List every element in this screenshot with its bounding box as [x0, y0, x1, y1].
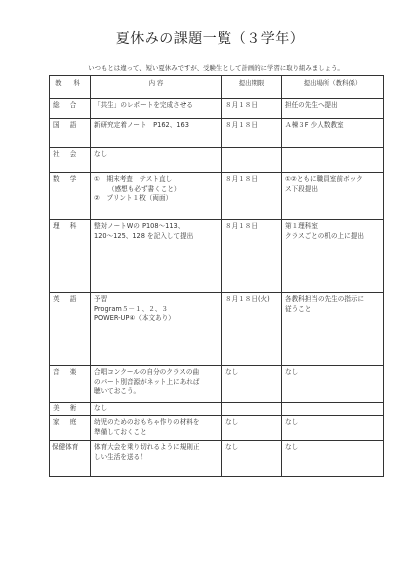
content-cell: 体育大会を乗り切れるように規則正 しい生活を送る！	[91, 441, 222, 477]
deadline-cell: ８月１８日(火)	[222, 293, 282, 366]
deadline-cell: ８月１８日	[222, 173, 282, 220]
table-row: 国 語 新研究定着ノート P162、163 ８月１８日 Ａ棟３F 少人数教室	[50, 119, 384, 148]
content-cell: 整対ノートWの P108～113、 120～125、128 を記入して提出	[91, 220, 222, 293]
subject-cell: 保健体育	[50, 441, 91, 477]
location-line: なし	[285, 443, 380, 453]
content-line: 準備しておくこと	[94, 428, 218, 438]
document-title: 夏休みの課題一覧（３学年）	[0, 28, 420, 48]
content-line: （感想も必ず書くこと）	[94, 185, 218, 195]
content-cell: 予習 Program５－１、２、３ POWER-UP④（本文あり）	[91, 293, 222, 366]
table-row: 数 学 ① 期末考査 テスト直し （感想も必ず書くこと） ② プリント１枚（両面…	[50, 173, 384, 220]
content-line: ② プリント１枚（両面）	[94, 194, 218, 204]
location-cell: 各教科担当の先生の指示に 従うこと	[282, 293, 384, 366]
location-cell: 担任の先生へ提出	[282, 99, 384, 119]
location-cell: ①②ともに職員室前ボック ス下段提出	[282, 173, 384, 220]
table-row: 美 術 なし	[50, 403, 384, 416]
content-cell: ① 期末考査 テスト直し （感想も必ず書くこと） ② プリント１枚（両面）	[91, 173, 222, 220]
content-line: なし	[94, 150, 218, 160]
content-line: 予習	[94, 295, 218, 305]
location-cell: なし	[282, 441, 384, 477]
location-line: 各教科担当の先生の指示に	[285, 295, 380, 305]
location-line: 担任の先生へ提出	[285, 101, 380, 111]
content-line: Program５－１、２、３	[94, 305, 218, 315]
location-line: なし	[285, 418, 380, 428]
subject-cell: 総 合	[50, 99, 91, 119]
document-page: 夏休みの課題一覧（３学年） いつもとは違って、短い夏休みですが、受験生として計画…	[0, 0, 420, 562]
content-cell: 幼児のためのおもちゃ作りの材料を 準備しておくこと	[91, 416, 222, 441]
content-line: ① 期末考査 テスト直し	[94, 175, 218, 185]
content-cell: なし	[91, 148, 222, 173]
content-line: 体育大会を乗り切れるように規則正	[94, 443, 218, 453]
location-cell: 第１理科室 クラスごとの机の上に提出	[282, 220, 384, 293]
subject-cell: 理 科	[50, 220, 91, 293]
location-line: 従うこと	[285, 305, 380, 315]
content-line: 聴いておこう。	[94, 387, 218, 397]
content-cell: 合唱コンクールの自分のクラスの曲 のパート別音源がネット上にあれば 聴いておこう…	[91, 366, 222, 403]
content-line: 整対ノートWの P108～113、	[94, 222, 218, 232]
location-cell: なし	[282, 416, 384, 441]
content-line: 120～125、128 を記入して提出	[94, 232, 218, 242]
subject-cell: 国 語	[50, 119, 91, 148]
header-deadline: 提出期限	[222, 76, 282, 99]
content-line: 幼児のためのおもちゃ作りの材料を	[94, 418, 218, 428]
deadline-cell: ８月１８日	[222, 99, 282, 119]
deadline-cell: ８月１８日	[222, 220, 282, 293]
table-row: 理 科 整対ノートWの P108～113、 120～125、128 を記入して提…	[50, 220, 384, 293]
table-header-row: 教 科 内 容 提出期限 提出場所（教科係）	[50, 76, 384, 99]
header-subject: 教 科	[50, 76, 91, 99]
deadline-cell: なし	[222, 416, 282, 441]
location-cell: Ａ棟３F 少人数教室	[282, 119, 384, 148]
subject-cell: 英 語	[50, 293, 91, 366]
location-line: ス下段提出	[285, 185, 380, 195]
content-line: なし	[94, 404, 218, 414]
location-line: 第１理科室	[285, 222, 380, 232]
location-line: Ａ棟３F 少人数教室	[285, 121, 380, 131]
subject-cell: 家 庭	[50, 416, 91, 441]
content-line: 新研究定着ノート P162、163	[94, 121, 218, 131]
deadline-cell: なし	[222, 366, 282, 403]
subject-cell: 社 会	[50, 148, 91, 173]
content-line: 合唱コンクールの自分のクラスの曲	[94, 368, 218, 378]
table-row: 保健体育 体育大会を乗り切れるように規則正 しい生活を送る！ なし なし	[50, 441, 384, 477]
table-row: 社 会 なし	[50, 148, 384, 173]
content-line: のパート別音源がネット上にあれば	[94, 378, 218, 388]
header-content: 内 容	[91, 76, 222, 99]
intro-text: いつもとは違って、短い夏休みですが、受験生として計画的に学習に取り組みましょう。	[49, 63, 383, 72]
assignment-table: 教 科 内 容 提出期限 提出場所（教科係） 総 合 「共生」のレポートを完成さ…	[49, 75, 384, 477]
table-row: 音 楽 合唱コンクールの自分のクラスの曲 のパート別音源がネット上にあれば 聴い…	[50, 366, 384, 403]
table-row: 家 庭 幼児のためのおもちゃ作りの材料を 準備しておくこと なし なし	[50, 416, 384, 441]
subject-cell: 数 学	[50, 173, 91, 220]
deadline-cell	[222, 148, 282, 173]
location-cell	[282, 148, 384, 173]
table-row: 総 合 「共生」のレポートを完成させる ８月１８日 担任の先生へ提出	[50, 99, 384, 119]
deadline-cell: ８月１８日	[222, 119, 282, 148]
content-cell: 新研究定着ノート P162、163	[91, 119, 222, 148]
location-line: なし	[285, 368, 380, 378]
content-line: しい生活を送る！	[94, 453, 218, 463]
subject-cell: 美 術	[50, 403, 91, 416]
location-line: クラスごとの机の上に提出	[285, 232, 380, 242]
header-location: 提出場所（教科係）	[282, 76, 384, 99]
table-row: 英 語 予習 Program５－１、２、３ POWER-UP④（本文あり） ８月…	[50, 293, 384, 366]
subject-cell: 音 楽	[50, 366, 91, 403]
content-cell: 「共生」のレポートを完成させる	[91, 99, 222, 119]
deadline-cell	[222, 403, 282, 416]
location-cell: なし	[282, 366, 384, 403]
location-cell	[282, 403, 384, 416]
content-line: POWER-UP④（本文あり）	[94, 314, 218, 324]
deadline-cell: なし	[222, 441, 282, 477]
content-line: 「共生」のレポートを完成させる	[94, 101, 218, 111]
location-line: ①②ともに職員室前ボック	[285, 175, 380, 185]
content-cell: なし	[91, 403, 222, 416]
